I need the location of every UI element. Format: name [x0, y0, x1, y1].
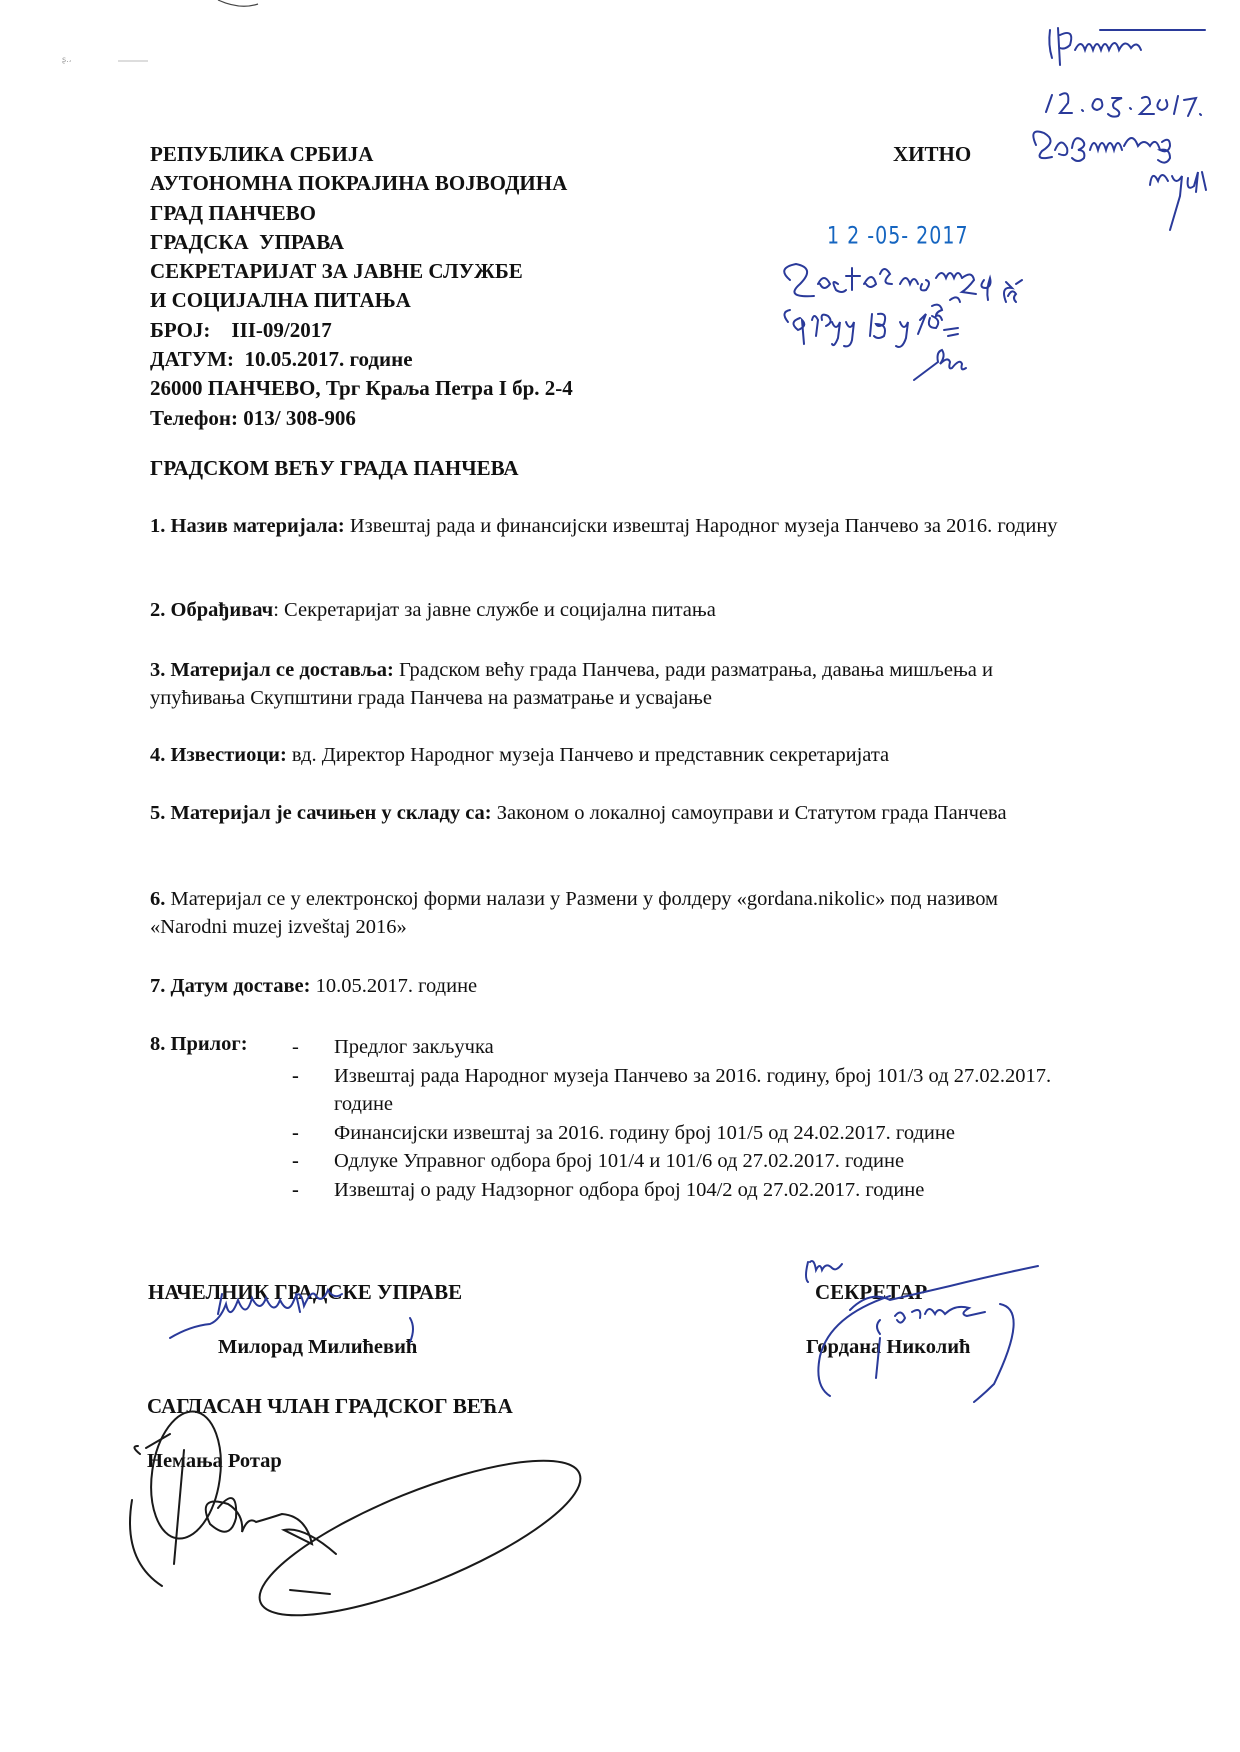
letterhead-secretariat-cont: И СОЦИЈАЛНА ПИТАЊА: [150, 286, 573, 315]
attachment-text: Одлуке Управног одбора број 101/4 и 101/…: [334, 1147, 1088, 1176]
item-text: 10.05.2017. године: [310, 975, 477, 997]
item-text: Извештај рада и финансијски извештај Нар…: [345, 515, 1058, 537]
letterhead-city: ГРАД ПАНЧЕВО: [150, 199, 573, 228]
received-note-handwriting: [1033, 28, 1206, 230]
attachment-item: - Извештај о раду Надзорног одбора број …: [288, 1176, 1088, 1205]
signature-rotar: [130, 1407, 597, 1645]
letterhead-phone: Телефон: 013/ 308-906: [150, 404, 573, 433]
letterhead-number: БРОЈ: III-09/2017: [150, 316, 573, 345]
letterhead-secretariat: СЕКРЕТАРИЈАТ ЗА ЈАВНЕ СЛУЖБЕ: [150, 257, 573, 286]
attachment-text: Извештај о раду Надзорног одбора број 10…: [334, 1176, 1088, 1205]
head-of-administration-name: Милорад Милићевић: [218, 1336, 417, 1359]
secretary-name: Гордана Николић: [806, 1336, 970, 1359]
scan-artifact-mark: ʂ.،: [62, 55, 71, 64]
council-member-name: Немања Ротар: [147, 1450, 282, 1473]
letterhead-administration: ГРАДСКА УПРАВА: [150, 228, 573, 257]
item-text: Законом о локалној самоуправи и Статутом…: [492, 802, 1007, 824]
item-label: 4. Известиоци:: [150, 744, 287, 766]
item-rapporteurs: 4. Известиоци: вд. Директор Народног муз…: [150, 741, 1070, 769]
attachment-item: - Финансијски извештај за 2016. годину б…: [288, 1119, 1088, 1148]
item-processor: 2. Обрађивач: Секретаријат за јавне служ…: [150, 596, 1070, 624]
delivered-note-handwriting: [784, 264, 1022, 380]
item-label: 2. Обрађивач: [150, 599, 273, 621]
item-label: 5. Материјал је сачињен у складу са:: [150, 802, 492, 824]
scan-artifact-mark: [218, 0, 258, 6]
item-text: : Секретаријат за јавне службе и социјал…: [273, 599, 716, 621]
attachment-text: Финансијски извештај за 2016. годину бро…: [334, 1119, 1088, 1148]
item-label: 7. Датум доставе:: [150, 975, 310, 997]
council-member-title: САГЛАСАН ЧЛАН ГРАДСКОГ ВЕЋА: [147, 1394, 513, 1419]
urgent-label: ХИТНО: [893, 142, 971, 167]
bullet-dash: -: [288, 1119, 334, 1148]
attachments-list: - Предлог закључка - Извештај рада Народ…: [288, 1033, 1088, 1204]
bullet-dash: -: [288, 1176, 334, 1205]
bullet-dash: -: [288, 1062, 334, 1119]
item-electronic-form: 6. Материјал се у електронској форми нал…: [150, 885, 1070, 941]
item-text: Материјал се у електронској форми налази…: [150, 888, 998, 938]
attachment-item: - Предлог закључка: [288, 1033, 1088, 1062]
head-of-administration-title: НАЧЕЛНИК ГРАДСКЕ УПРАВЕ: [148, 1280, 462, 1305]
item-material-name: 1. Назив материјала: Извештај рада и фин…: [150, 512, 1070, 540]
letterhead: РЕПУБЛИКА СРБИЈА АУТОНОМНА ПОКРАЈИНА ВОЈ…: [150, 140, 573, 433]
attachment-text: Предлог закључка: [334, 1033, 1088, 1062]
bullet-dash: -: [288, 1147, 334, 1176]
secretary-title: СЕКРЕТАР: [815, 1280, 927, 1305]
item-delivery-date: 7. Датум доставе: 10.05.2017. године: [150, 972, 1070, 1000]
attachment-item: - Извештај рада Народног музеја Панчево …: [288, 1062, 1088, 1119]
letterhead-date: ДАТУМ: 10.05.2017. године: [150, 345, 573, 374]
item-legal-basis: 5. Материјал је сачињен у складу са: Зак…: [150, 799, 1070, 827]
letterhead-country: РЕПУБЛИКА СРБИЈА: [150, 140, 573, 169]
item-label: 6.: [150, 888, 165, 910]
item-text: вд. Директор Народног музеја Панчево и п…: [287, 744, 889, 766]
addressee: ГРАДСКОМ ВЕЋУ ГРАДА ПАНЧЕВА: [150, 456, 519, 481]
received-date-stamp: 1 2 -05- 2017: [827, 222, 969, 250]
letterhead-address: 26000 ПАНЧЕВО, Трг Краља Петра I бр. 2-4: [150, 374, 573, 403]
bullet-dash: -: [288, 1033, 334, 1062]
item-label: 3. Материјал се доставља:: [150, 659, 394, 681]
attachments-label: 8. Прилог:: [150, 1033, 248, 1056]
attachment-text: Извештај рада Народног музеја Панчево за…: [334, 1062, 1088, 1119]
item-label: 1. Назив материјала:: [150, 515, 345, 537]
letterhead-province: АУТОНОМНА ПОКРАЈИНА ВОЈВОДИНА: [150, 169, 573, 198]
item-delivered-to: 3. Материјал се доставља: Градском већу …: [150, 656, 1070, 712]
attachment-item: - Одлуке Управног одбора број 101/4 и 10…: [288, 1147, 1088, 1176]
